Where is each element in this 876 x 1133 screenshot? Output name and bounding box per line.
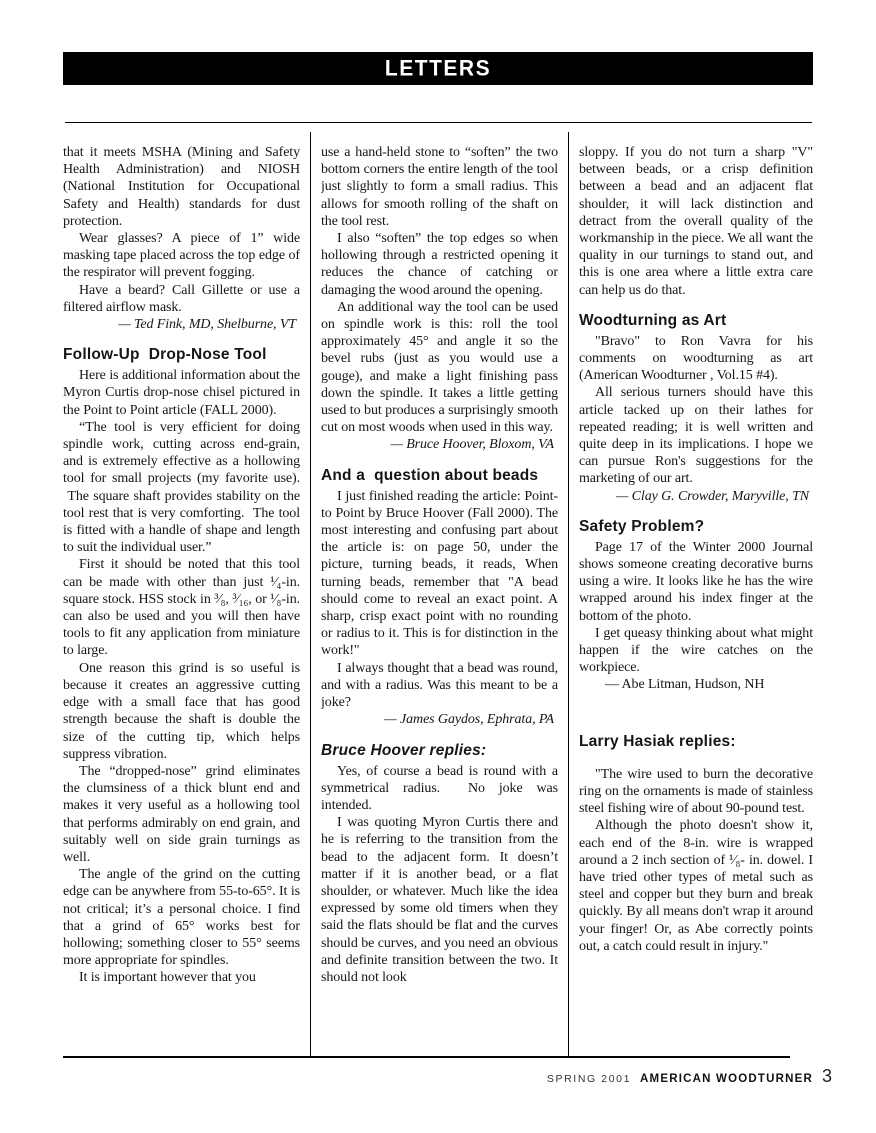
letter-signature: — James Gaydos, Ephrata, PA <box>321 711 558 728</box>
paragraph: Here is additional information about the… <box>63 367 300 419</box>
spacer <box>579 694 813 720</box>
paragraph: Have a beard? Call Gillette or use a fil… <box>63 282 300 316</box>
page-title: LETTERS <box>385 56 491 81</box>
paragraph: One reason this grind is so useful is be… <box>63 660 300 763</box>
column-3: sloppy. If you do not turn a sharp "V" b… <box>579 144 813 1056</box>
paragraph: "Bravo" to Ron Vavra for his comments on… <box>579 333 813 385</box>
paragraph: I just finished reading the article: Poi… <box>321 488 558 660</box>
paragraph: I was quoting Myron Curtis there and he … <box>321 814 558 986</box>
footer-magazine-title: AMERICAN WOODTURNER <box>640 1073 813 1085</box>
column-divider-2 <box>568 132 569 1056</box>
letter-signature: — Bruce Hoover, Bloxom, VA <box>321 436 558 453</box>
column-2: use a hand-held stone to “soften” the tw… <box>321 144 558 1056</box>
paragraph: First it should be noted that this tool … <box>63 556 300 659</box>
paragraph: The “dropped-nose” grind eliminates the … <box>63 763 300 866</box>
paragraph: The angle of the grind on the cutting ed… <box>63 866 300 969</box>
footer-page-number: 3 <box>822 1066 832 1087</box>
footer-season: SPRING 2001 <box>547 1073 631 1085</box>
paragraph: Yes, of course a bead is round with a sy… <box>321 763 558 815</box>
letter-signature: — Ted Fink, MD, Shelburne, VT <box>63 316 300 333</box>
paragraph: I also “soften” the top edges so when ho… <box>321 230 558 299</box>
paragraph: use a hand-held stone to “soften” the tw… <box>321 144 558 230</box>
section-heading: Woodturning as Art <box>579 312 813 330</box>
paragraph: Although the photo doesn't show it, each… <box>579 817 813 955</box>
section-heading: Safety Problem? <box>579 518 813 536</box>
top-rule <box>65 122 812 123</box>
paragraph: All serious turners should have this art… <box>579 384 813 487</box>
spacer <box>579 754 813 766</box>
paragraph: Wear glasses? A piece of 1” wide masking… <box>63 230 300 282</box>
magazine-page: LETTERS that it meets MSHA (Mining and S… <box>0 0 876 1133</box>
page-footer: SPRING 2001 AMERICAN WOODTURNER 3 <box>547 1066 832 1087</box>
bottom-rule <box>63 1056 790 1058</box>
column-1: that it meets MSHA (Mining and Safety He… <box>63 144 300 1056</box>
paragraph: that it meets MSHA (Mining and Safety He… <box>63 144 300 230</box>
paragraph: sloppy. If you do not turn a sharp "V" b… <box>579 144 813 299</box>
paragraph: It is important however that you <box>63 969 300 986</box>
column-divider-1 <box>310 132 311 1056</box>
paragraph: An additional way the tool can be used o… <box>321 299 558 437</box>
paragraph: “The tool is very efficient for doing sp… <box>63 419 300 557</box>
letter-signature: — Clay G. Crowder, Maryville, TN <box>579 488 813 505</box>
letter-signature: — Abe Litman, Hudson, NH <box>579 676 813 693</box>
section-heading: Larry Hasiak replies: <box>579 733 813 751</box>
section-heading: And a question about beads <box>321 467 558 485</box>
paragraph: I always thought that a bead was round, … <box>321 660 558 712</box>
letters-header-bar: LETTERS <box>63 52 813 85</box>
section-heading: Bruce Hoover replies: <box>321 742 558 760</box>
paragraph: "The wire used to burn the decorative ri… <box>579 766 813 818</box>
paragraph: I get queasy thinking about what might h… <box>579 625 813 677</box>
section-heading: Follow-Up Drop-Nose Tool <box>63 346 300 364</box>
paragraph: Page 17 of the Winter 2000 Journal shows… <box>579 539 813 625</box>
